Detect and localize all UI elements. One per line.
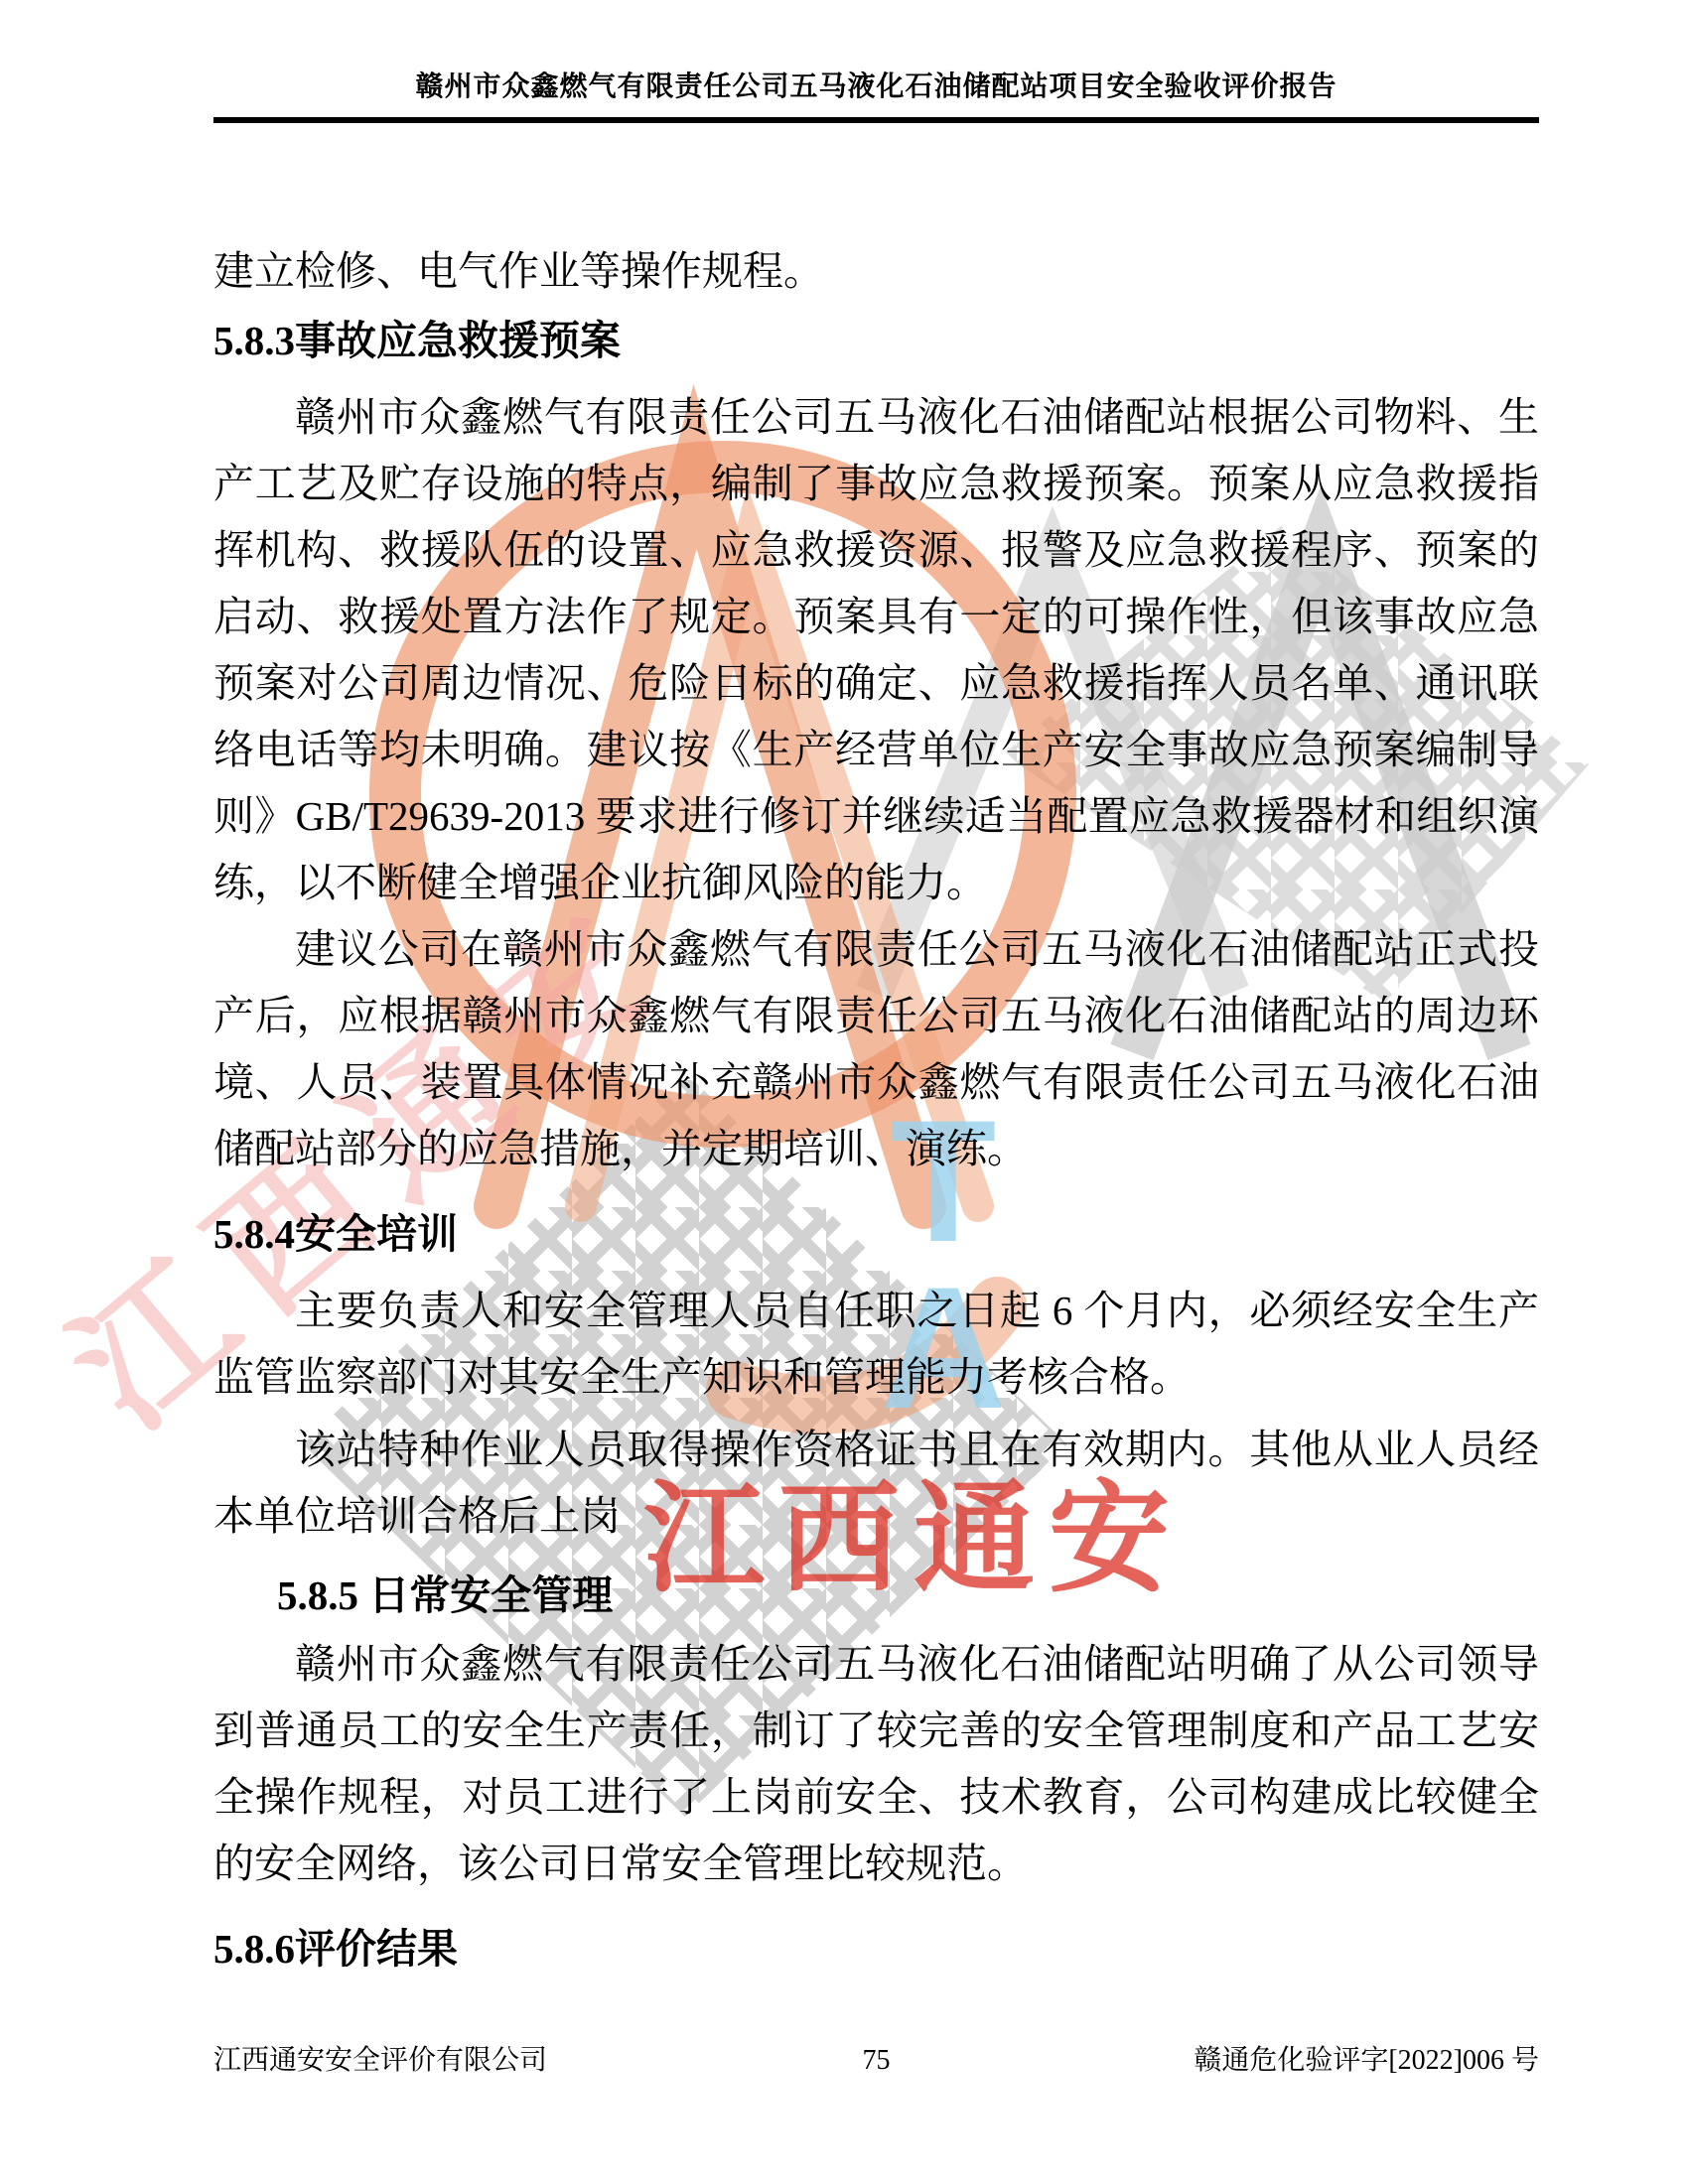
section-heading-5-8-4: 5.8.4安全培训 — [213, 1206, 1539, 1262]
paragraph: 赣州市众鑫燃气有限责任公司五马液化石油储配站明确了从公司领导到普通员工的安全生产… — [213, 1631, 1539, 1897]
paragraph: 主要负责人和安全管理人员自任职之日起 6 个月内，必须经安全生产监管监察部门对其… — [213, 1278, 1539, 1411]
header-rule — [213, 117, 1539, 123]
section-heading-5-8-6: 5.8.6评价结果 — [213, 1921, 1539, 1977]
footer-company-name: 江西通安安全评价有限公司 — [213, 2043, 547, 2079]
page-header-title: 赣州市众鑫燃气有限责任公司五马液化石油储配站项目安全验收评价报告 — [213, 0, 1539, 107]
paragraph: 该站特种作业人员取得操作资格证书且在有效期内。其他从业人员经本单位培训合格后上岗 — [213, 1417, 1539, 1550]
body-column: 建立检修、电气作业等操作规程。 5.8.3事故应急救援预案 赣州市众鑫燃气有限责… — [213, 238, 1539, 1977]
section-heading-5-8-3: 5.8.3事故应急救援预案 — [213, 313, 1539, 368]
footer-document-number: 赣通危化验评字[2022]006 号 — [1194, 2043, 1539, 2079]
footer-page-number: 75 — [863, 2043, 891, 2079]
paragraph: 赣州市众鑫燃气有限责任公司五马液化石油储配站根据公司物料、生产工艺及贮存设施的特… — [213, 384, 1539, 916]
report-page: T A 江西通安 江西通安 赣州市众鑫燃气有限责任公司五马液化石油储配站项目安全… — [0, 0, 1688, 2184]
section-heading-5-8-5: 5.8.5 日常安全管理 — [213, 1568, 1539, 1623]
paragraph: 建立检修、电气作业等操作规程。 — [213, 238, 1539, 305]
paragraph: 建议公司在赣州市众鑫燃气有限责任公司五马液化石油储配站正式投产后，应根据赣州市众… — [213, 916, 1539, 1182]
document-content: 赣州市众鑫燃气有限责任公司五马液化石油储配站项目安全验收评价报告 建立检修、电气… — [0, 0, 1688, 1977]
